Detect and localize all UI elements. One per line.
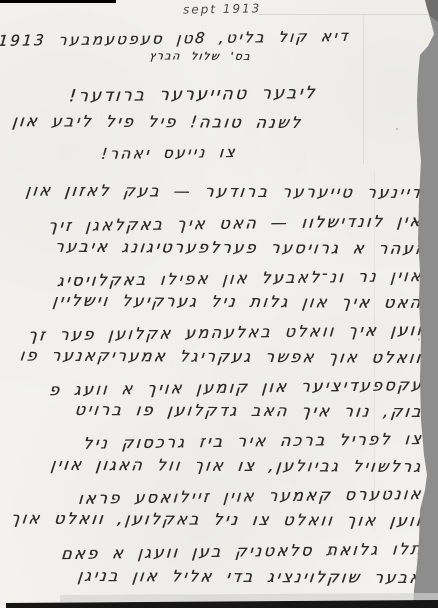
torn-paper-edge	[408, 0, 438, 608]
handwritten-line: צו לפריל ברכה איר ביז גרכסוק ניל	[82, 429, 424, 453]
scan-top-edge-artifact	[0, 0, 116, 3]
handwritten-line: אונטערס קאמער אוין זיילואסע פראו	[78, 484, 424, 508]
handwritten-line-wish: צו נייעס יאהר!	[101, 143, 238, 163]
handwritten-line: האט איך און גלות ניל גערקיעל וישליין	[52, 291, 424, 312]
handwritten-line-subdate: בס' שלול הברץ	[148, 49, 252, 63]
paper-speck	[396, 128, 398, 130]
date-annotation-pencil: sept 1913	[183, 1, 262, 16]
handwritten-line: אוין נר ונ־לאבעל און אפילו באקלויסיג	[56, 266, 424, 290]
handwritten-line: תלו גלואת סלאטניק בען וועגן א פאם	[60, 539, 424, 563]
handwritten-line: אבער שוקלוינציג בדי אליל און בניגן	[77, 566, 424, 587]
handwritten-line-date: דיא קול בליט, 8טן סעפטעמבער 1913 קיוול.	[0, 27, 350, 51]
handwritten-line: זעהר א גרויסער פערלפערטיגונג איבער	[53, 237, 424, 258]
handwritten-line-wish: לשנה טובה! פיל פיל ליבע און גליק	[0, 111, 304, 132]
handwritten-line: בוק, נור איך האב גדקלוען פו ברויט	[73, 400, 424, 421]
handwritten-line: ווען אוך וואלט צו ניל באקלוען, וואלט אוך	[10, 508, 424, 530]
ink-speck	[329, 552, 332, 555]
handwritten-line: עקספעדיציער און קומען אויך א וועג פ	[48, 375, 424, 399]
paper-speck	[418, 338, 420, 341]
handwritten-line: דיינער טייערער ברודער — בעק לאזון און	[25, 181, 424, 202]
handwritten-line-greeting: ליבער טהייערער ברודער!	[68, 83, 318, 106]
fold-crease-vertical-upper	[363, 14, 364, 164]
handwritten-line: ווען איך וואלט באלעהמע אקלוען פער זך	[27, 320, 424, 345]
handwritten-line: גרלשויל גביולען, צו אוך וול האגון אוין	[50, 455, 424, 476]
handwritten-line: וואלט אוך אפשר געקריגל אמעריקאנער פו	[19, 346, 424, 367]
scanned-letter-photo: sept 1913 דיא קול בליט, 8טן סעפטעמבער 19…	[0, 0, 438, 608]
handwritten-line: אין לונדישלוו — האט איך באקלאגן זיך	[48, 211, 424, 235]
